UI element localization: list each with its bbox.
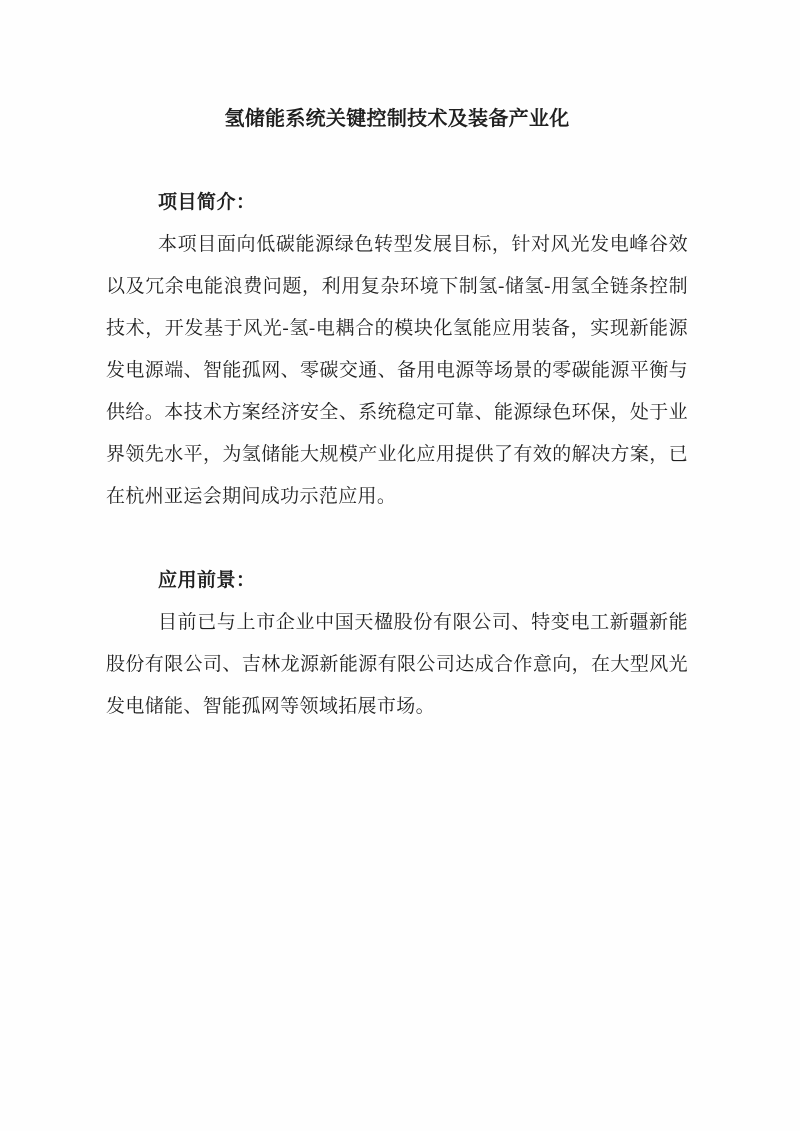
- section-heading-project-intro: 项目简介：: [106, 182, 688, 224]
- paragraph-line: 供给。本技术方案经济安全、系统稳定可靠、能源绿色环保，处于业: [106, 392, 688, 434]
- paragraph-line: 界领先水平，为氢储能大规模产业化应用提供了有效的解决方案，已: [106, 434, 688, 476]
- project-intro-paragraph: 本项目面向低碳能源绿色转型发展目标，针对风光发电峰谷效应 以及冗余电能浪费问题，…: [106, 224, 688, 518]
- document-page: 氢储能系统关键控制技术及装备产业化 项目简介： 本项目面向低碳能源绿色转型发展目…: [0, 0, 800, 1131]
- paragraph-line: 目前已与上市企业中国天楹股份有限公司、特变电工新疆新能源: [106, 602, 688, 644]
- paragraph-line: 技术，开发基于风光-氢-电耦合的模块化氢能应用装备，实现新能源: [106, 308, 688, 350]
- paragraph-line: 本项目面向低碳能源绿色转型发展目标，针对风光发电峰谷效应: [106, 224, 688, 266]
- paragraph-line: 发电源端、智能孤网、零碳交通、备用电源等场景的零碳能源平衡与: [106, 350, 688, 392]
- paragraph-line: 以及冗余电能浪费问题，利用复杂环境下制氢-储氢-用氢全链条控制: [106, 266, 688, 308]
- spacer: [106, 140, 688, 182]
- application-prospects-paragraph: 目前已与上市企业中国天楹股份有限公司、特变电工新疆新能源 股份有限公司、吉林龙源…: [106, 602, 688, 728]
- section-heading-application-prospects: 应用前景：: [106, 560, 688, 602]
- paragraph-line: 在杭州亚运会期间成功示范应用。: [106, 476, 688, 518]
- document-content: 氢储能系统关键控制技术及装备产业化 项目简介： 本项目面向低碳能源绿色转型发展目…: [106, 98, 688, 728]
- document-title: 氢储能系统关键控制技术及装备产业化: [106, 98, 688, 140]
- paragraph-line: 股份有限公司、吉林龙源新能源有限公司达成合作意向，在大型风光: [106, 644, 688, 686]
- spacer: [106, 518, 688, 560]
- paragraph-line: 发电储能、智能孤网等领域拓展市场。: [106, 686, 688, 728]
